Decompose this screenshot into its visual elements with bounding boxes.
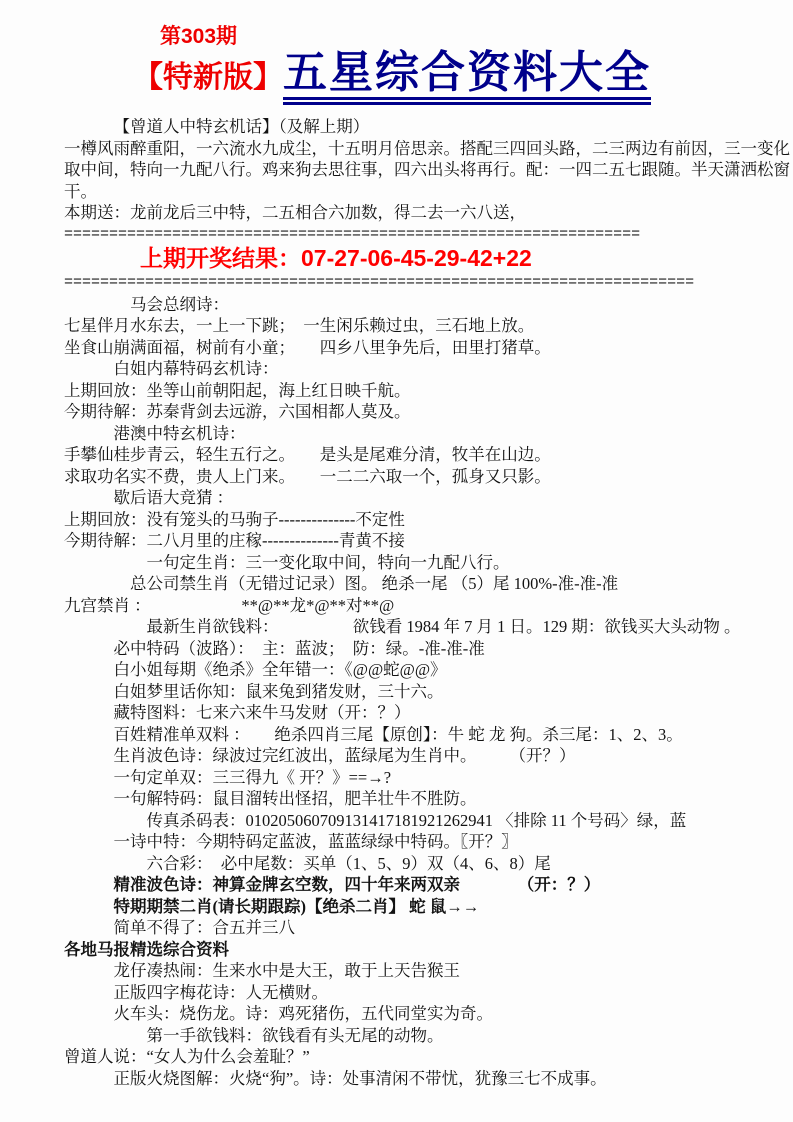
text-line: 六合彩： 必中尾数：买单（1、5、9）双（4、6、8）尾	[0, 853, 793, 875]
separator-line: ========================================…	[0, 224, 793, 246]
text-line: 干。	[0, 181, 793, 203]
text-line: 特期期禁二肖(请长期跟踪)【绝杀二肖】 蛇 鼠→→	[0, 896, 793, 918]
text-line: 一诗中特：今期特码定蓝波，蓝蓝绿绿中特码。〖开？〗	[0, 831, 793, 853]
document-title: 五星综合资料大全	[283, 50, 651, 105]
text-line: 传真杀码表：010205060709131417181921262941 〈排除…	[0, 810, 793, 832]
text-line: 一句解特码：鼠目溜转出怪招，肥羊壮牛不胜防。	[0, 788, 793, 810]
text-line: 第一手欲钱料：欲钱看有头无尾的动物。	[0, 1025, 793, 1047]
text-line: 总公司禁生肖（无错过记录）图。 绝杀一尾 （5）尾 100%-准-准-准	[0, 573, 793, 595]
text-line: 求取功名实不费，贵人上门来。 一二二六取一个，孤身又只影。	[0, 466, 793, 488]
text-line: 【曾道人中特玄机话】（及解上期）	[0, 116, 793, 138]
text-line: 坐食山崩满面福，树前有小童； 四乡八里争先后，田里打猪草。	[0, 337, 793, 359]
document-body: 【曾道人中特玄机话】（及解上期）一樽风雨醉重阳，一六流水九成尘，十五明月倍思亲。…	[0, 116, 793, 1089]
edition-badge: 【特新版】	[133, 52, 283, 96]
text-line: 七星伴月水东去，一上一下跳； 一生闲乐赖过虫，三石地上放。	[0, 315, 793, 337]
text-line: 必中特码（波路）： 主：蓝波； 防：绿。-准-准-准	[0, 638, 793, 660]
issue-number: 第303期	[0, 24, 793, 50]
text-line: 正版四字梅花诗：人无横财。	[0, 982, 793, 1004]
text-line: 上期回放：坐等山前朝阳起，海上红日映千航。	[0, 380, 793, 402]
text-line: 一句定单双：三三得九《 开？》==→?	[0, 767, 793, 789]
text-line: 最新生肖欲钱料： 欲钱看 1984 年 7 月 1 日。129 期：欲钱买大头动…	[0, 616, 793, 638]
document-header: 【特新版】五星综合资料大全	[0, 50, 793, 112]
text-line: 白小姐每期《绝杀》全年错一：《@@蛇@@》	[0, 659, 793, 681]
text-line: 歇后语大竞猜 ：	[0, 487, 793, 509]
last-result-line: 上期开奖结果：07-27-06-45-29-42+22	[0, 245, 793, 272]
text-line: 取中间，特向一九配八行。鸡来狗去思往事，四六出头将再行。配：一四二五七跟随。半天…	[0, 159, 793, 181]
text-line: 一樽风雨醉重阳，一六流水九成尘，十五明月倍思亲。搭配三四回头路，二三两边有前因，…	[0, 138, 793, 160]
text-line: 九宫禁肖 ： **@**龙*@**对**@	[0, 595, 793, 617]
text-line: 精准波色诗：神算金牌玄空数，四十年来两双亲 （开：？）	[0, 874, 793, 896]
text-line: 今期待解：苏秦背剑去远游，六国相都人莫及。	[0, 401, 793, 423]
text-line: 本期送：龙前龙后三中特，二五相合六加数，得二去一六八送，	[0, 202, 793, 224]
text-line: 马会总纲诗：	[0, 294, 793, 316]
text-line: 百姓精准单双料 ： 绝杀四肖三尾【原创】：牛 蛇 龙 狗。杀三尾：1、2、3。	[0, 724, 793, 746]
text-line: 今期待解：二八月里的庄稼--------------青黄不接	[0, 530, 793, 552]
text-line: 港澳中特玄机诗：	[0, 423, 793, 445]
text-line: 各地马报精选综合资料	[0, 939, 793, 961]
document-page: 第303期 【特新版】五星综合资料大全 【曾道人中特玄机话】（及解上期）一樽风雨…	[0, 0, 793, 1122]
text-line: 一句定生肖：三一变化取中间，特向一九配八行。	[0, 552, 793, 574]
separator-line: ========================================…	[0, 272, 793, 294]
text-line: 上期回放：没有笼头的马驹子--------------不定性	[0, 509, 793, 531]
text-line: 藏特图料：七来六来牛马发财（开：？）	[0, 702, 793, 724]
text-line: 正版火烧图解：火烧“狗”。诗：处事清闲不带忧，犹豫三七不成事。	[0, 1068, 793, 1090]
text-line: 火车头：烧伤龙。诗：鸡死猪伤，五代同堂实为奇。	[0, 1003, 793, 1025]
text-line: 白姐内幕特码玄机诗：	[0, 358, 793, 380]
text-line: 龙仔凑热闹：生来水中是大王，敢于上天告猴王	[0, 960, 793, 982]
text-line: 手攀仙桂步青云，轻生五行之。 是头是尾难分清，牧羊在山边。	[0, 444, 793, 466]
text-line: 曾道人说：“女人为什么会羞耻？”	[0, 1046, 793, 1068]
text-line: 简单不得了：合五并三八	[0, 917, 793, 939]
text-line: 生肖波色诗：绿波过完红波出，蓝绿尾为生肖中。 （开？）	[0, 745, 793, 767]
text-line: 白姐梦里话你知：鼠来兔到猪发财，三十六。	[0, 681, 793, 703]
